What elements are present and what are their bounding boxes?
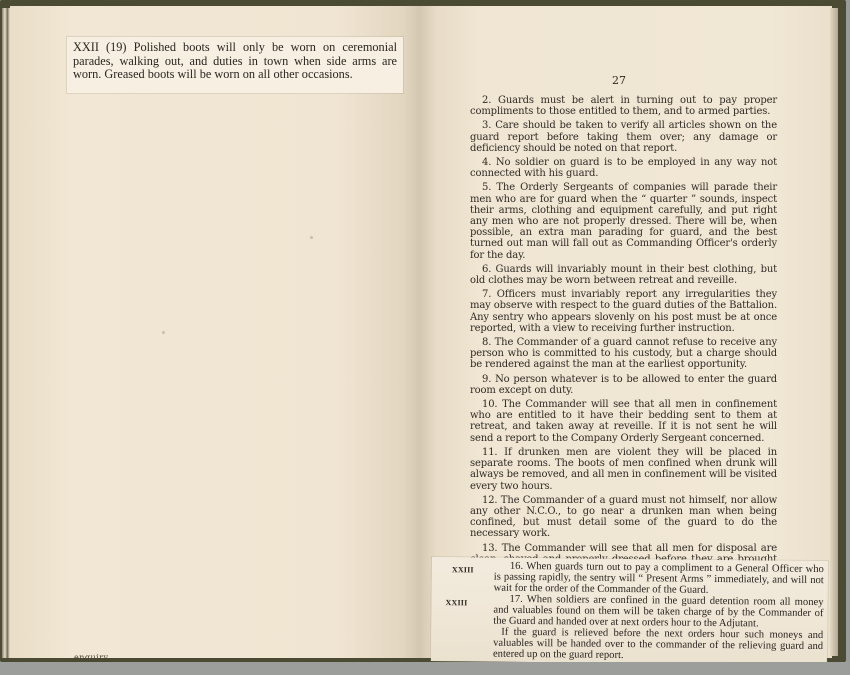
catchword: enquiry. [74, 653, 111, 662]
rule-paragraph: 2. Guards must be alert in turning out t… [470, 95, 777, 117]
rule-paragraph: 10. The Commander will see that all men … [470, 399, 777, 444]
rule-paragraph: 12. The Commander of a guard must not hi… [470, 495, 777, 540]
margin-reference: XXIII [445, 597, 467, 608]
margin-reference: XXIII [452, 564, 474, 575]
rule-paragraph: 8. The Commander of a guard cannot refus… [470, 337, 777, 371]
rule-paragraph: 7. Officers must invariably report any i… [470, 289, 777, 334]
page-number: 27 [612, 74, 626, 87]
paper-speck [162, 331, 165, 334]
amendment-paragraph: 16. When guards turn out to pay a compli… [494, 561, 824, 597]
paper-speck [310, 236, 313, 239]
pasted-amendment-slip-left: XXII (19) Polished boots will only be wo… [67, 37, 403, 93]
rule-paragraph: 3. Care should be taken to verify all ar… [470, 120, 777, 154]
amendment-text-block: 16. When guards turn out to pay a compli… [493, 561, 824, 663]
amendment-paragraph: 17. When soldiers are confined in the gu… [493, 594, 823, 630]
rule-paragraph: 5. The Orderly Sergeants of companies wi… [470, 182, 777, 260]
rule-paragraph: 9. No person whatever is to be allowed t… [470, 374, 777, 396]
amendment-text: XXII (19) Polished boots will only be wo… [73, 40, 397, 81]
rule-paragraph: 6. Guards will invariably mount in their… [470, 264, 777, 286]
pasted-amendment-slip-right: XXIII XXIII 16. When guards turn out to … [431, 557, 828, 665]
rules-list: 2. Guards must be alert in turning out t… [470, 95, 777, 605]
page-stack-right-edge [830, 8, 838, 656]
rule-paragraph: 4. No soldier on guard is to be employed… [470, 157, 777, 179]
background-surface [0, 662, 850, 675]
amendment-paragraph: If the guard is relieved before the next… [493, 627, 823, 663]
left-page [10, 6, 420, 658]
rule-paragraph: 11. If drunken men are violent they will… [470, 447, 777, 492]
